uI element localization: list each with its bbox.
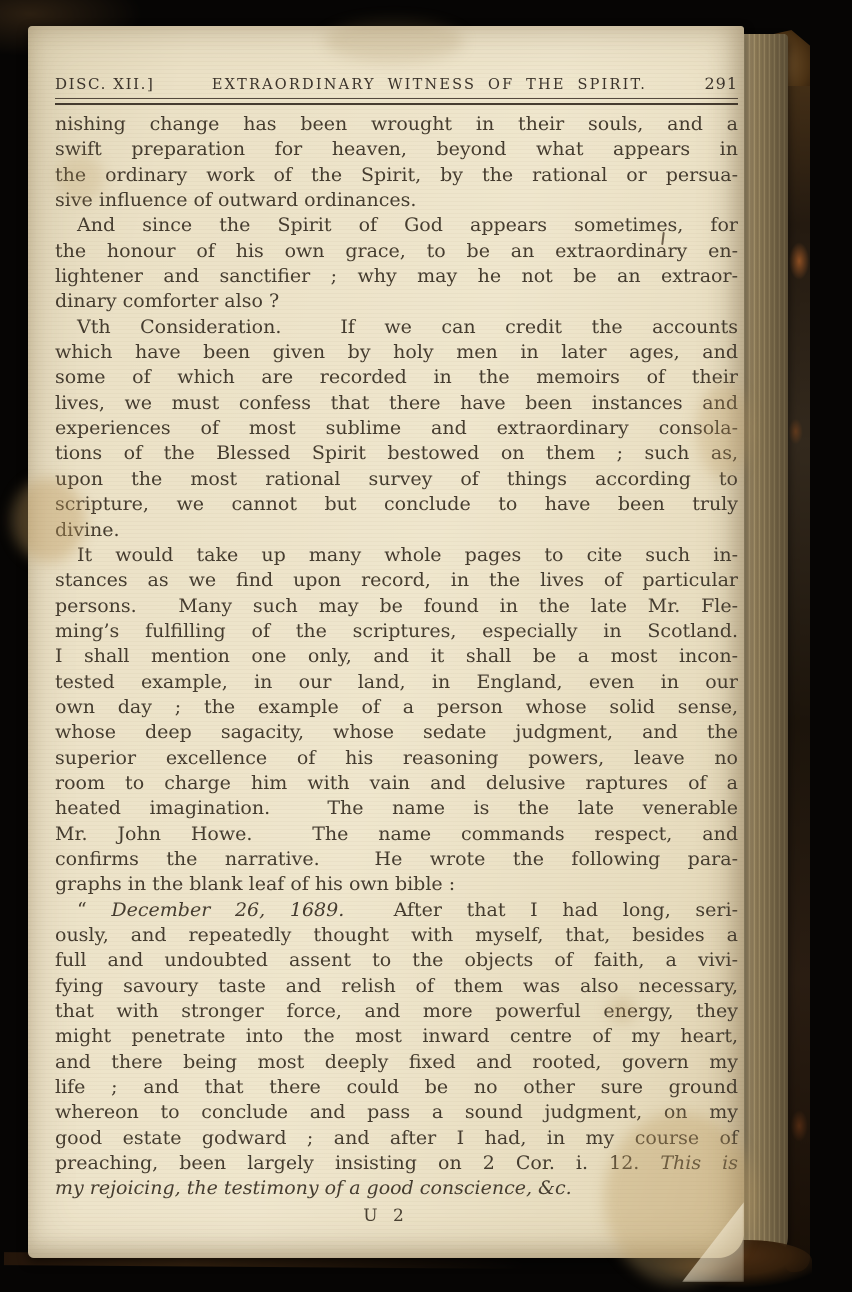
text-line: the ordinary work of the Spirit, by the … (55, 163, 738, 188)
text-line: that with stronger force, and more power… (55, 999, 738, 1024)
text-line: full and undoubted assent to the objects… (55, 948, 738, 973)
book-cover-edge (786, 54, 810, 1272)
text-line: heated imagination. The name is the late… (55, 796, 738, 821)
text-line: some of which are recorded in the memoir… (55, 365, 738, 390)
body-text: nishing change has been wrought in their… (55, 112, 738, 1202)
photo-background: DISC. XII.] EXTRAORDINARY WITNESS OF THE… (0, 0, 852, 1292)
text-line: ously, and repeatedly thought with mysel… (55, 923, 738, 948)
gathering-signature: U 2 (28, 1206, 744, 1226)
text-line: nishing change has been wrought in their… (55, 112, 738, 137)
paragraph: “ December 26, 1689. After that I had lo… (55, 898, 738, 1202)
running-header: DISC. XII.] EXTRAORDINARY WITNESS OF THE… (55, 74, 738, 93)
text-line: It would take up many whole pages to cit… (55, 543, 738, 568)
text-line: whereon to conclude and pass a sound jud… (55, 1100, 738, 1125)
text-line: tions of the Blessed Spirit bestowed on … (55, 441, 738, 466)
text-line: lightener and sanctifier ; why may he no… (55, 264, 738, 289)
paper-stain (324, 20, 464, 62)
text-line: the honour of his own grace, to be an ex… (55, 239, 738, 264)
text-line: ming’s fulfilling of the scriptures, esp… (55, 619, 738, 644)
text-line: swift preparation for heaven, beyond wha… (55, 137, 738, 162)
text-line: fying savoury taste and relish of them w… (55, 974, 738, 999)
text-line: experiences of most sublime and extraord… (55, 416, 738, 441)
page-number: 291 (704, 74, 738, 93)
text-line: lives, we must confess that there have b… (55, 391, 738, 416)
text-line: which have been given by holy men in lat… (55, 340, 738, 365)
text-line: Mr. John Howe. The name commands respect… (55, 822, 738, 847)
text-line: might penetrate into the most inward cen… (55, 1024, 738, 1049)
text-line: superior excellence of his reasoning pow… (55, 746, 738, 771)
text-line: own day ; the example of a person whose … (55, 695, 738, 720)
text-line: dinary comforter also ? (55, 289, 738, 314)
paragraph: It would take up many whole pages to cit… (55, 543, 738, 898)
text-line: And since the Spirit of God appears some… (55, 213, 738, 238)
text-line: sive influence of outward ordinances. (55, 188, 738, 213)
header-section-label: DISC. XII.] (55, 75, 154, 93)
book-page: DISC. XII.] EXTRAORDINARY WITNESS OF THE… (28, 26, 744, 1258)
text-line: room to charge him with vain and delusiv… (55, 771, 738, 796)
text-line: “ December 26, 1689. After that I had lo… (55, 898, 738, 923)
page-fore-edge (742, 34, 788, 1266)
text-line: whose deep sagacity, whose sedate judgme… (55, 720, 738, 745)
paragraph: Vth Consideration. If we can credit the … (55, 315, 738, 543)
text-line: graphs in the blank leaf of his own bibl… (55, 872, 738, 897)
header-rule (55, 98, 738, 105)
text-line: persons. Many such may be found in the l… (55, 594, 738, 619)
header-title: EXTRAORDINARY WITNESS OF THE SPIRIT. (154, 77, 704, 93)
text-line: tested example, in our land, in England,… (55, 670, 738, 695)
paragraph: nishing change has been wrought in their… (55, 112, 738, 213)
text-line: scripture, we cannot but conclude to hav… (55, 492, 738, 517)
text-line: upon the most rational survey of things … (55, 467, 738, 492)
text-line: I shall mention one only, and it shall b… (55, 644, 738, 669)
text-line: preaching, been largely insisting on 2 C… (55, 1151, 738, 1176)
text-line: my rejoicing, the testimony of a good co… (55, 1176, 738, 1201)
text-line: divine. (55, 518, 738, 543)
text-line: good estate godward ; and after I had, i… (55, 1126, 738, 1151)
text-line: confirms the narrative. He wrote the fol… (55, 847, 738, 872)
paragraph: And since the Spirit of God appears some… (55, 213, 738, 314)
text-line: and there being most deeply fixed and ro… (55, 1050, 738, 1075)
text-line: life ; and that there could be no other … (55, 1075, 738, 1100)
text-line: stances as we find upon record, in the l… (55, 568, 738, 593)
text-line: Vth Consideration. If we can credit the … (55, 315, 738, 340)
